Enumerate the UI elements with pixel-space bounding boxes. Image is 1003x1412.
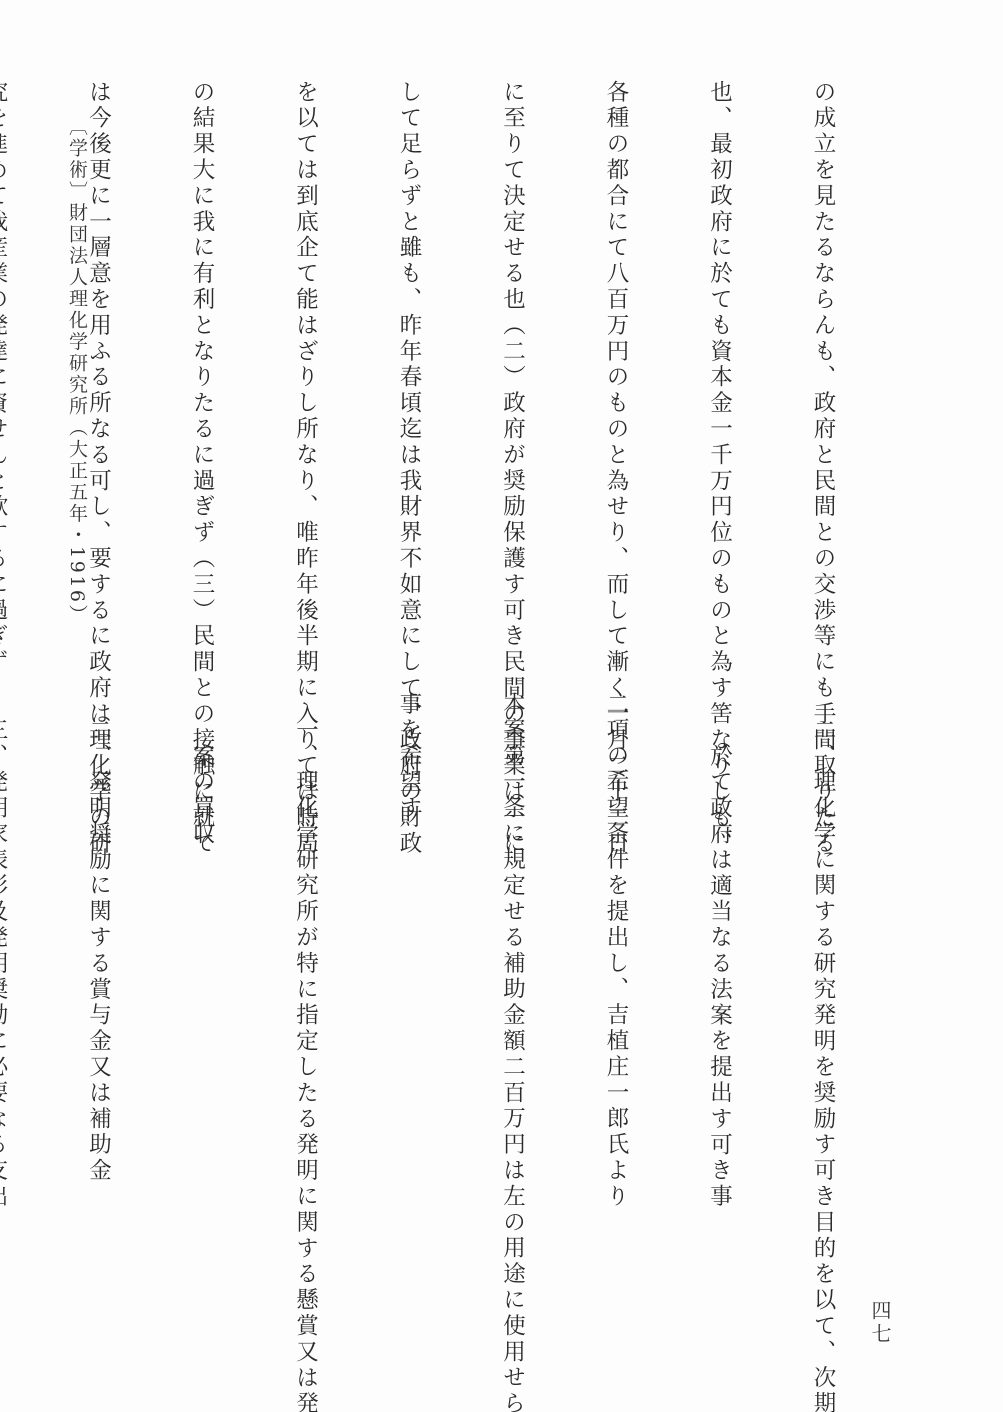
text-column: 二、発明奨励に関する賞与金又は補助金 xyxy=(81,692,116,1312)
page-number: 四七 xyxy=(866,1300,895,1346)
running-head: 〔学術〕財団法人理化学研究所（大正五年・1916） xyxy=(42,82,113,626)
text-column: に至りて決定せる也（二）政府が奨励保護す可き民間の事業は一に xyxy=(495,80,530,640)
text-column: して足らずと雖も、昨年春頃迄は我財界不如意にして、政府の財政 xyxy=(392,80,427,640)
text-column: 三、発明家表彰及発明奨励に必要なる支出 xyxy=(0,692,12,1312)
text-column: 也、最初政府に於ても資本金一千万円位のものと為す筈なりしも、 xyxy=(702,80,737,640)
section-label: 〔学術〕 xyxy=(66,116,88,202)
text-column: を以ては到底企て能はざりし所なり、唯昨年後半期に入りては時局 xyxy=(288,80,323,640)
text-column: 二項の希望条件を提出し、吉植庄一郎氏より xyxy=(599,692,634,1312)
text-column: 究を進めて我産業の発達に資せんと欲するに過ぎず xyxy=(0,80,12,640)
upper-text-block: の成立を見たるならんも、政府と民間との交渉等にも手間取りたる 也、最初政府に於て… xyxy=(0,80,909,640)
lower-text-block: 二、理化学に関する研究発明を奨励す可き目的を以て、次期議会に 於て政府は適当なる… xyxy=(0,692,909,1312)
publication-title: 財団法人理化学研究所 xyxy=(66,202,88,417)
text-column: 一、理化学研究所が特に指定したる発明に関する懸賞又は発明的考 xyxy=(288,692,323,1312)
text-column: 各種の都合にて八百万円のものと為せり、而して漸く一月二十二日 xyxy=(599,80,634,640)
text-column: の成立を見たるならんも、政府と民間との交渉等にも手間取りたる xyxy=(806,80,841,640)
text-column: 本案第一条に規定せる補助金額二百万円は左の用途に使用せられん xyxy=(495,692,530,1312)
text-column: 於て政府は適当なる法案を提出す可き事 xyxy=(702,692,737,1312)
text-column: 二、理化学に関する研究発明を奨励す可き目的を以て、次期議会に xyxy=(806,692,841,1312)
text-column: 事を希望す xyxy=(392,692,427,1312)
publication-era: （大正五年・1916） xyxy=(66,417,88,626)
document-page: の成立を見たるならんも、政府と民間との交渉等にも手間取りたる 也、最初政府に於て… xyxy=(0,0,1003,1412)
text-column: の結果大に我に有利となりたるに過ぎず（三）民間との接触に就て xyxy=(185,80,220,640)
text-column: 案の買収 xyxy=(185,692,220,1312)
